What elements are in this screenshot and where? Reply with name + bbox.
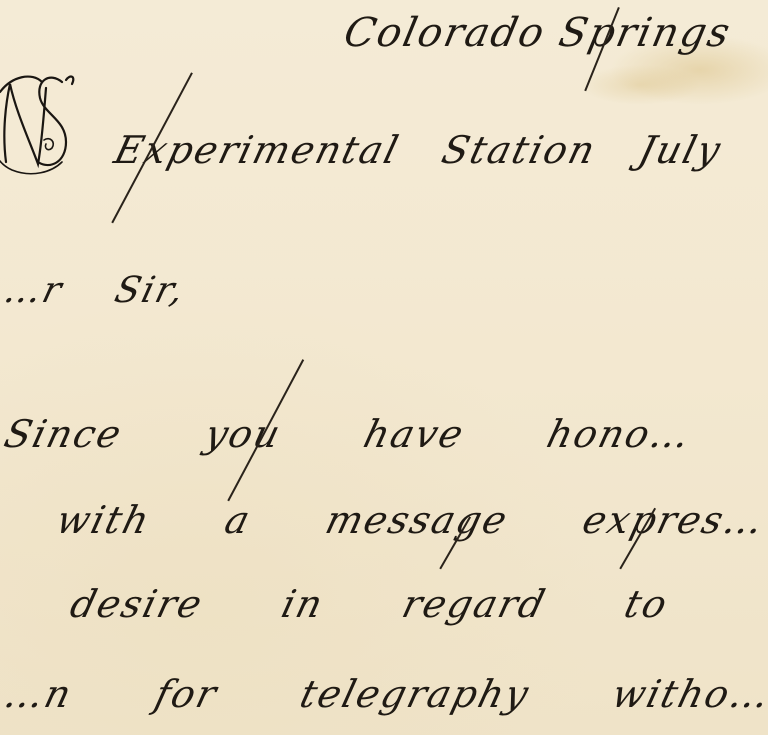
letter-page: Colorado Springs Experimental Station Ju… — [0, 0, 768, 735]
body-line: Since you have hono… — [0, 412, 696, 456]
dateline-place: Colorado Springs — [340, 10, 736, 56]
dateline-station: Experimental Station July — [110, 128, 727, 172]
body-line: with a message expres… — [52, 498, 768, 542]
body-line: desire in regard to — [66, 582, 673, 626]
body-line: …n for telegraphy witho… — [0, 672, 768, 716]
monogram-ns-icon — [0, 62, 78, 182]
salutation: …r Sir, — [0, 270, 190, 311]
